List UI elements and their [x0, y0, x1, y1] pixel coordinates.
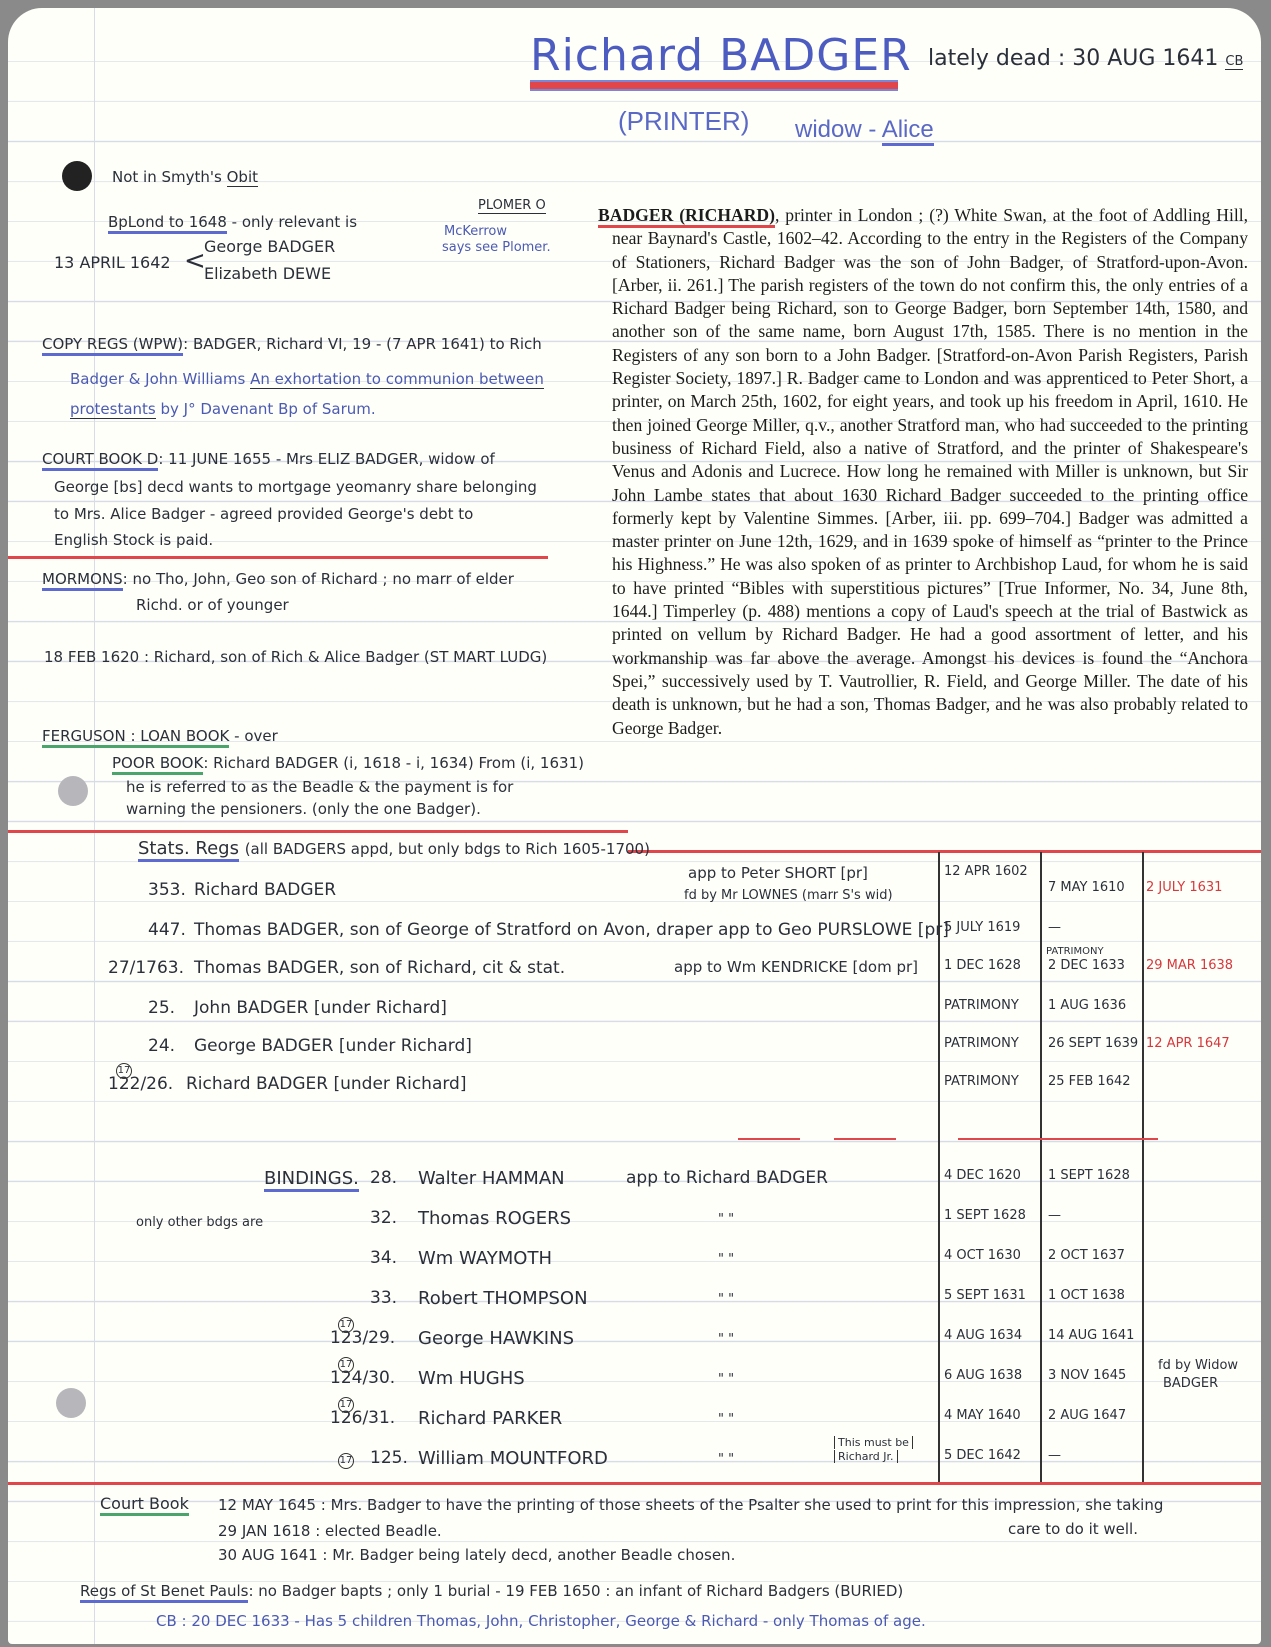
row-name: Richard BADGER [under Richard] — [186, 1074, 466, 1094]
row-name: John BADGER [under Richard] — [194, 998, 447, 1018]
col-date-1: 4 DEC 1620 — [944, 1168, 1021, 1183]
row-detail: app to Peter SHORT [pr] — [688, 864, 868, 882]
col-note: BADGER — [1163, 1376, 1218, 1391]
row-ref: 124/30. — [330, 1368, 395, 1388]
divider-dash — [958, 1138, 1158, 1140]
row-name: Thomas ROGERS — [418, 1208, 571, 1229]
court-book-d-note: COURT BOOK D: 11 JUNE 1655 - Mrs ELIZ BA… — [42, 450, 495, 468]
row-detail: " " — [718, 1252, 734, 1267]
section-divider — [628, 850, 1261, 853]
col-date-2: 3 NOV 1645 — [1048, 1368, 1126, 1383]
marriage-party: George BADGER — [204, 237, 335, 256]
row-name: Thomas BADGER, son of George of Stratfor… — [194, 920, 949, 940]
bracket-note: This must be — [834, 1436, 913, 1449]
row-ref: 24. — [148, 1036, 175, 1056]
col-date-2: — — [1048, 920, 1061, 935]
plomer-source: PLOMER O — [478, 198, 546, 214]
col-date-3: 29 MAR 1638 — [1146, 958, 1233, 973]
marriage-party: Elizabeth DEWE — [204, 264, 331, 283]
col-date-3: 2 JULY 1631 — [1146, 880, 1222, 895]
col-date-1: 1 DEC 1628 — [944, 958, 1021, 973]
poor-book-note: he is referred to as the Beadle & the pa… — [126, 778, 513, 796]
col-date-2: 2 AUG 1647 — [1048, 1408, 1126, 1423]
row-name: Richard PARKER — [418, 1408, 562, 1429]
section-divider — [8, 830, 628, 833]
row-name: Wm WAYMOTH — [418, 1248, 552, 1269]
row-name: George BADGER [under Richard] — [194, 1036, 472, 1056]
ref-mark: 17 — [116, 1058, 132, 1079]
row-ref: 447. — [148, 920, 186, 940]
row-ref: 123/29. — [330, 1328, 395, 1348]
punch-hole — [56, 1388, 86, 1418]
entry-headword: BADGER (RICHARD) — [598, 205, 775, 228]
st-benet-note: Regs of St Benet Pauls: no Badger bapts … — [80, 1582, 903, 1600]
col-date-1: 12 APR 1602 — [944, 864, 1028, 879]
bracket-icon: < — [184, 246, 206, 276]
column-rule — [1142, 852, 1144, 1482]
col-date-1: 5 DEC 1642 — [944, 1448, 1021, 1463]
col-date-1: PATRIMONY — [944, 1036, 1019, 1051]
row-ref: 27/1763. — [108, 958, 184, 978]
col-date-1: 4 AUG 1634 — [944, 1328, 1022, 1343]
col-date-2: — — [1048, 1448, 1061, 1463]
ferguson-note: FERGUSON : LOAN BOOK - over — [42, 727, 278, 745]
section-divider — [8, 556, 548, 559]
row-ref: 25. — [148, 998, 175, 1018]
row-name: Walter HAMMAN — [418, 1168, 565, 1189]
poor-book-note: warning the pensioners. (only the one Ba… — [126, 800, 481, 818]
row-detail: " " — [718, 1292, 734, 1307]
row-ref: 353. — [148, 880, 186, 900]
copy-regs-note: COPY REGS (WPW): BADGER, Richard VI, 19 … — [42, 335, 542, 353]
row-ref: 33. — [370, 1288, 397, 1308]
row-ref: 28. — [370, 1168, 397, 1188]
notebook-page: Richard BADGER lately dead : 30 AUG 1641… — [8, 8, 1261, 1644]
col-date-1: 5 JULY 1619 — [944, 920, 1020, 935]
row-name: Wm HUGHS — [418, 1368, 525, 1389]
row-ref: 125. — [370, 1448, 408, 1468]
row-detail: app to Wm KENDRICKE [dom pr] — [674, 958, 918, 976]
marriage-date: 13 APRIL 1642 — [54, 253, 171, 272]
court-book-d-note: George [bs] decd wants to mortgage yeoma… — [54, 478, 537, 496]
row-name: George HAWKINS — [418, 1328, 574, 1349]
divider-dash — [834, 1138, 896, 1140]
mormons-note: Richd. or of younger — [136, 596, 289, 614]
copy-regs-note: Badger & John Williams An exhortation to… — [70, 370, 544, 388]
row-detail: " " — [718, 1452, 734, 1467]
punch-hole — [58, 776, 88, 806]
ref-mark: 17 — [338, 1448, 354, 1469]
col-date-2: 1 SEPT 1628 — [1048, 1168, 1130, 1183]
mormons-note: MORMONS: no Tho, John, Geo son of Richar… — [42, 570, 514, 588]
col-date-1: PATRIMONY — [944, 1074, 1019, 1089]
copy-regs-note: protestants by J° Davenant Bp of Sarum. — [70, 400, 376, 418]
mckerrow-note: says see Plomer. — [442, 240, 551, 255]
col-date-2: 1 OCT 1638 — [1048, 1288, 1125, 1303]
col-date-2: 7 MAY 1610 — [1048, 880, 1125, 895]
row-ref: 126/31. — [330, 1408, 395, 1428]
section-divider — [8, 1482, 1261, 1485]
column-rule — [1040, 852, 1042, 1482]
col-date-2: 2 OCT 1637 — [1048, 1248, 1125, 1263]
punch-hole — [62, 161, 92, 191]
court-book-entry: care to do it well. — [1008, 1520, 1138, 1538]
poor-book-note: POOR BOOK: Richard BADGER (i, 1618 - i, … — [112, 754, 584, 772]
stats-regs-heading: Stats. Regs (all BADGERS appd, but only … — [138, 838, 650, 859]
divider-dash — [738, 1138, 800, 1140]
cb-note: CB : 20 DEC 1633 - Has 5 children Thomas… — [156, 1612, 926, 1630]
col-date-1: 4 MAY 1640 — [944, 1408, 1021, 1423]
row-detail: " " — [718, 1212, 734, 1227]
page-title: Richard BADGER — [530, 30, 912, 81]
smyth-note: Not in Smyth's Obit — [112, 168, 258, 186]
col-note: fd by Widow — [1158, 1358, 1238, 1373]
court-book-label: Court Book — [100, 1494, 189, 1516]
widow-note: widow - Alice — [795, 116, 934, 144]
column-rule — [938, 852, 940, 1482]
row-name: Robert THOMPSON — [418, 1288, 588, 1309]
row-ref: 32. — [370, 1208, 397, 1228]
col-date-1: 5 SEPT 1631 — [944, 1288, 1026, 1303]
col-date-2: 14 AUG 1641 — [1048, 1328, 1134, 1343]
col-date-3: 12 APR 1647 — [1146, 1036, 1230, 1051]
row-detail: app to Richard BADGER — [626, 1168, 828, 1188]
col-date-2: 2 DEC 1633 — [1048, 958, 1125, 973]
col-date-1: 1 SEPT 1628 — [944, 1208, 1026, 1223]
row-detail: " " — [718, 1332, 734, 1347]
bindings-heading: BINDINGS. — [264, 1168, 359, 1192]
court-book-entry: 12 MAY 1645 : Mrs. Badger to have the pr… — [218, 1496, 1163, 1514]
bplond-note: BpLond to 1648 - only relevant is — [108, 213, 357, 231]
baptism-note: 18 FEB 1620 : Richard, son of Rich & Ali… — [44, 648, 547, 666]
col-date-2: 1 AUG 1636 — [1048, 998, 1126, 1013]
occupation: (PRINTER) — [618, 106, 749, 137]
row-name: William MOUNTFORD — [418, 1448, 608, 1469]
court-book-entry: 30 AUG 1641 : Mr. Badger being lately de… — [218, 1546, 735, 1564]
col-date-2: — — [1048, 1208, 1061, 1223]
title-underline — [530, 80, 898, 91]
court-book-d-note: English Stock is paid. — [54, 531, 213, 549]
col-date-1: 4 OCT 1630 — [944, 1248, 1021, 1263]
col-date-2: 25 FEB 1642 — [1048, 1074, 1131, 1089]
col-note: PATRIMONY — [1046, 946, 1104, 957]
row-detail: fd by Mr LOWNES (marr S's wid) — [684, 888, 893, 903]
death-date: lately dead : 30 AUG 1641 CB — [928, 46, 1243, 71]
bracket-note: Richard Jr. — [834, 1450, 898, 1463]
row-name: Richard BADGER — [194, 880, 336, 900]
printed-entry: BADGER (RICHARD), printer in London ; (?… — [598, 204, 1248, 740]
row-detail: " " — [718, 1372, 734, 1387]
court-book-d-note: to Mrs. Alice Badger - agreed provided G… — [54, 505, 473, 523]
row-detail: " " — [718, 1412, 734, 1427]
entry-text: , printer in London ; (?) White Swan, at… — [612, 205, 1248, 738]
col-date-2: 26 SEPT 1639 — [1048, 1036, 1138, 1051]
court-book-entry: 29 JAN 1618 : elected Beadle. — [218, 1522, 442, 1540]
col-date-1: 6 AUG 1638 — [944, 1368, 1022, 1383]
mckerrow-note: McKerrow — [444, 224, 507, 239]
bindings-side-note: only other bdgs are — [136, 1215, 263, 1230]
row-ref: 34. — [370, 1248, 397, 1268]
row-name: Thomas BADGER, son of Richard, cit & sta… — [194, 958, 565, 978]
col-date-1: PATRIMONY — [944, 998, 1019, 1013]
